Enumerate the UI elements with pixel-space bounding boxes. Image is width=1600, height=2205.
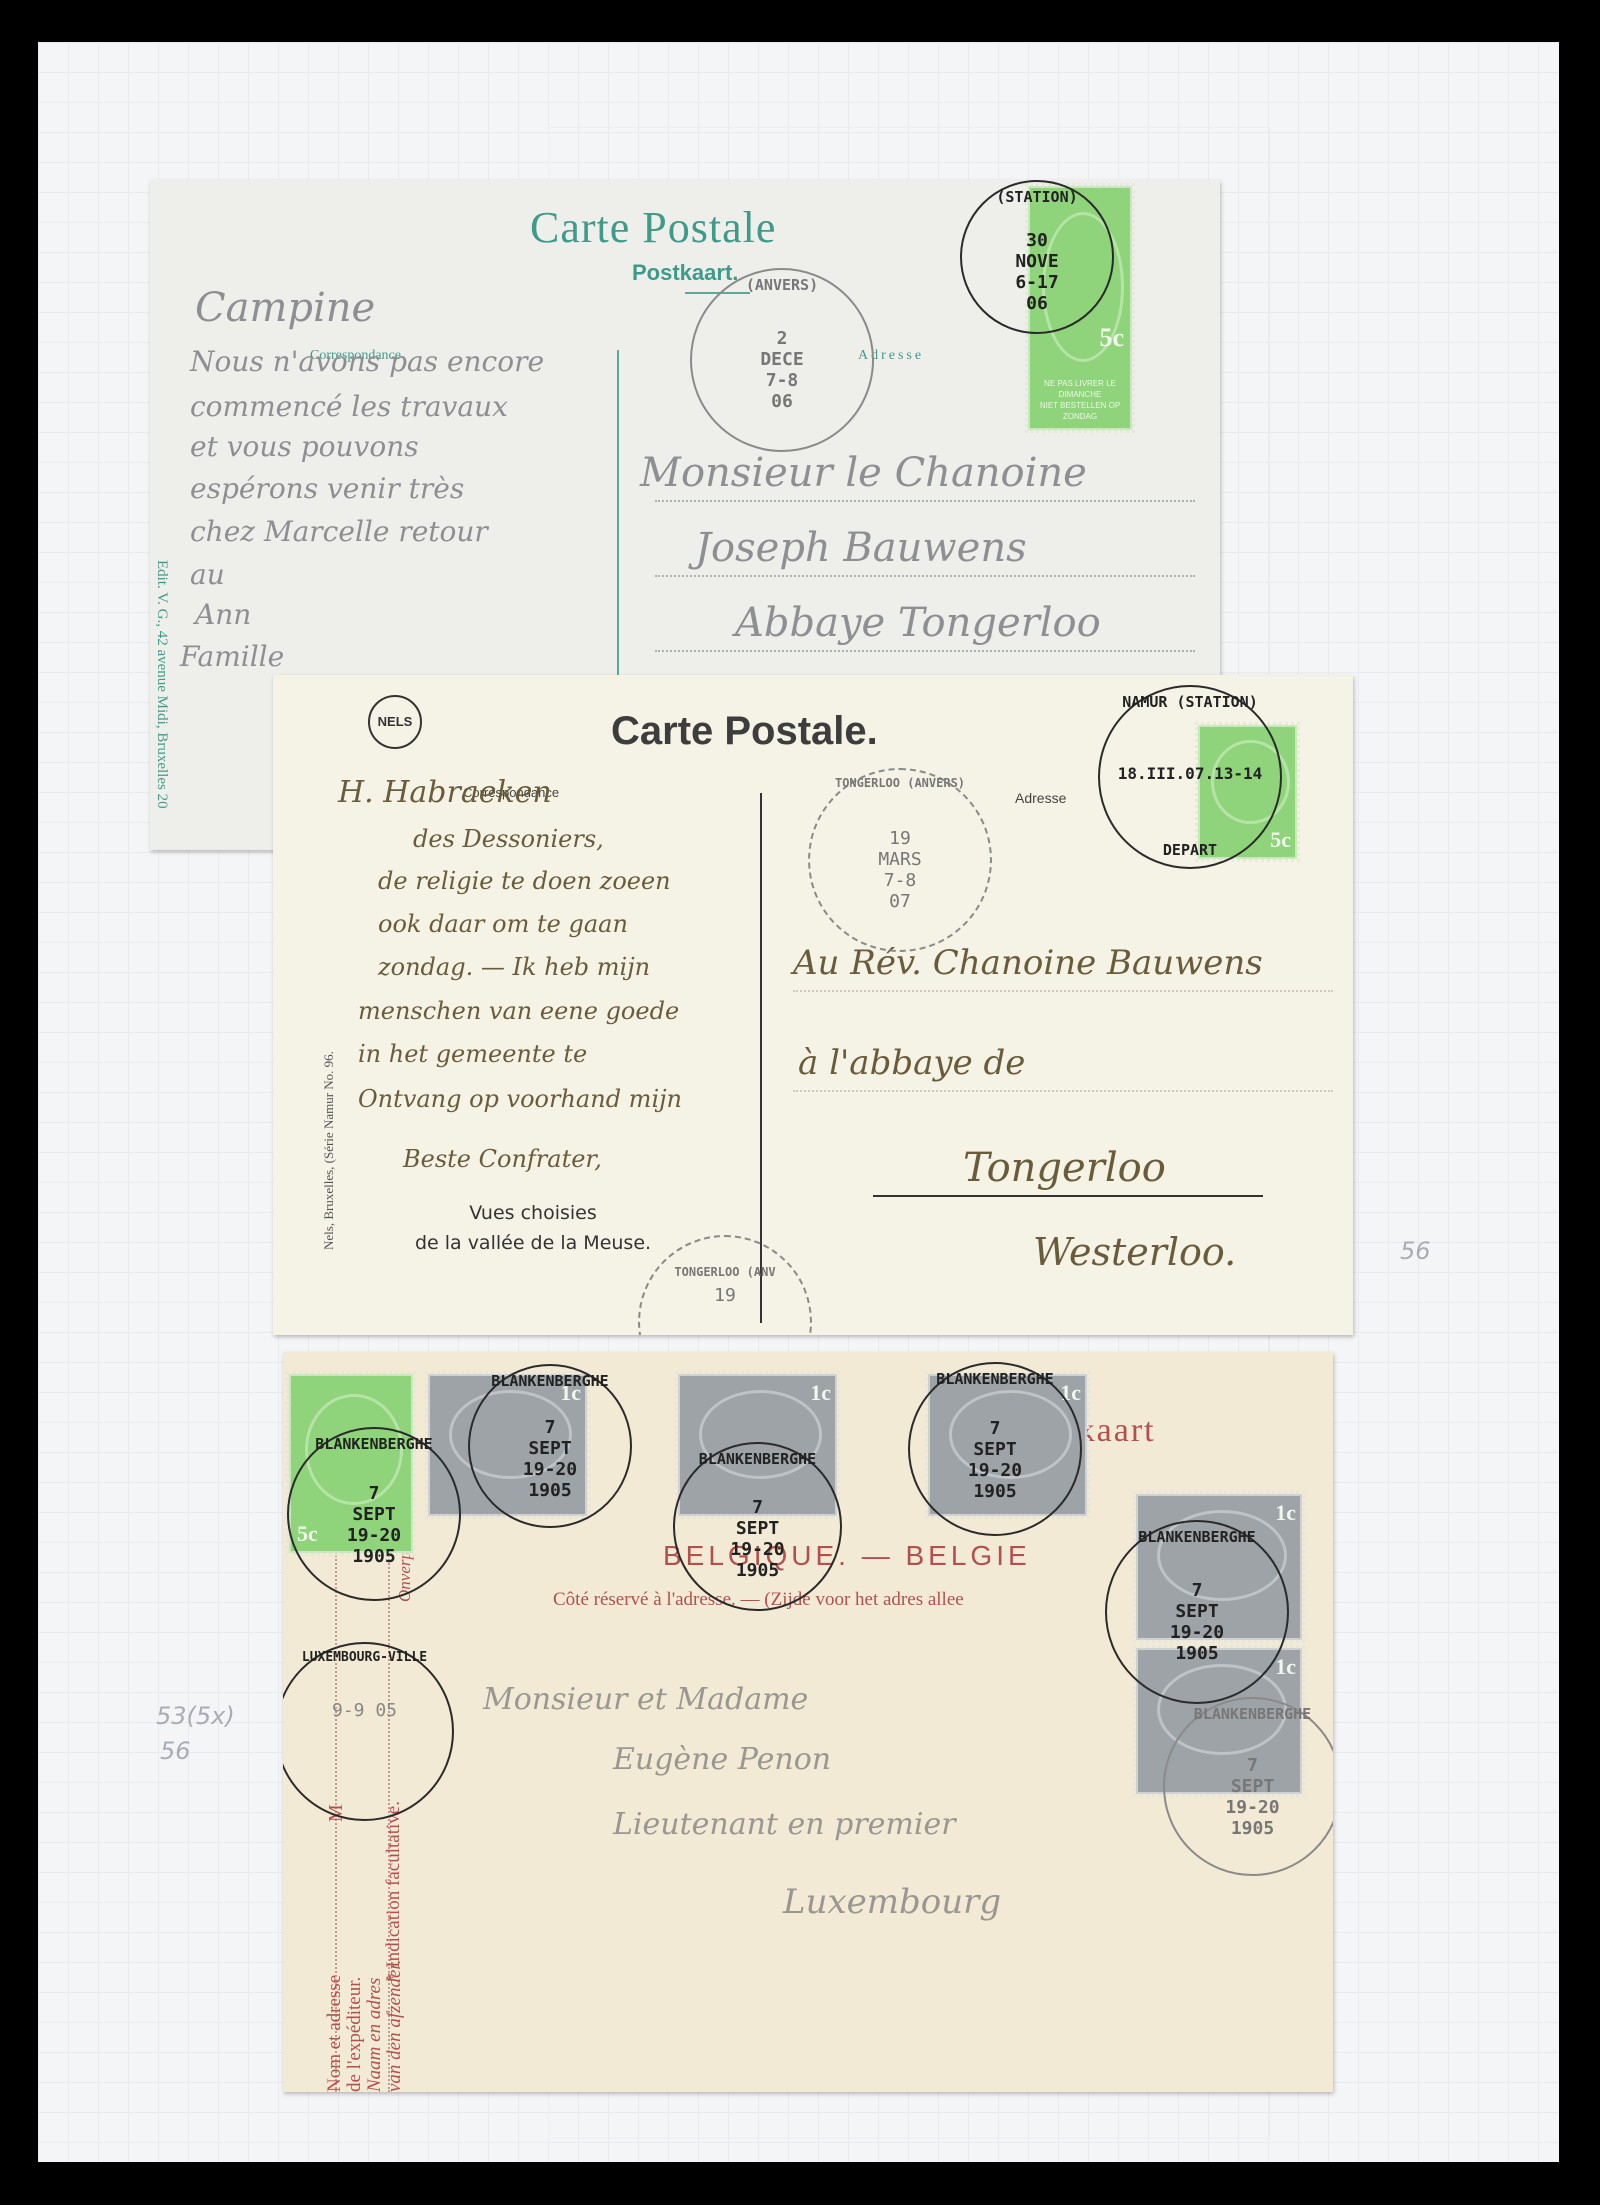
card3-postmark-blankenberghe: BLANKENBERGHE 7SEPT19-201905: [468, 1364, 632, 1528]
card2-address-rule: [793, 1090, 1333, 1092]
card3-postmark-luxembourg: LUXEMBOURG-VILLE 9-9 05: [283, 1642, 454, 1821]
card2-adresse-label: Adresse: [1015, 790, 1066, 806]
card2-postmark-namur: NAMUR (STATION) 18.III.07.13-14 DEPART: [1098, 685, 1282, 869]
card3-postmark-blankenberghe: BLANKENBERGHE 7SEPT19-201905: [673, 1442, 842, 1611]
card2-msg-line: H. Habraeken: [338, 775, 552, 810]
card1-address-rule: [655, 500, 1195, 502]
card2-msg-line: in het gemeente te: [358, 1040, 587, 1068]
card2-msg-line: menschen van eene goede: [358, 997, 679, 1025]
postcard-3: stkaart BELGIQUE. — BELGIE Côté réservé …: [283, 1352, 1333, 2092]
card3-postmark-blankenberghe: BLANKENBERGHE 7SEPT19-201905: [1163, 1697, 1333, 1876]
card1-address-line: Monsieur le Chanoine: [640, 450, 1087, 496]
card1-publisher-imprint: Edit. V. G., 42 avenue Midi, Bruxelles 2…: [153, 560, 170, 809]
card3-indication: * Indication facultative.: [383, 1801, 405, 1982]
pencil-note-left-1: 53(5x): [156, 1702, 235, 1730]
card1-address-rule: [655, 575, 1195, 577]
card1-msg-line: et vous pouvons: [190, 430, 419, 463]
card2-address-rule: [793, 990, 1333, 992]
card1-address-line: Abbaye Tongerloo: [735, 600, 1101, 646]
card1-msg-line: chez Marcelle retour: [190, 515, 488, 548]
card2-msg-line: Ontvang op voorhand mijn: [358, 1085, 682, 1113]
card1-postmark-anvers: (ANVERS) 2DECE7-806: [690, 268, 874, 452]
card1-msg-line: au: [190, 558, 225, 591]
card3-address-line: Luxembourg: [783, 1882, 1001, 1922]
card2-msg-line: zondag. — Ik heb mijn: [378, 953, 650, 981]
card1-msg-line: espérons venir très: [190, 472, 464, 505]
card1-msg-line: commencé les travaux: [190, 390, 508, 423]
card3-address-line: Lieutenant en premier: [613, 1807, 956, 1842]
postcard-2: NELS Carte Postale. Correspondance Adres…: [273, 675, 1353, 1335]
card3-address-line: Eugène Penon: [613, 1742, 831, 1777]
card2-msg-line: Beste Confrater,: [403, 1145, 602, 1173]
card2-address-line: Tongerloo: [963, 1145, 1166, 1191]
pencil-note-right: 56: [1400, 1237, 1431, 1265]
card1-msg-line: Nous n'avons pas encore: [190, 345, 544, 378]
card3-postmark-blankenberghe: BLANKENBERGHE 7SEPT19-201905: [287, 1427, 461, 1601]
card2-msg-line: de religie te doen zoeen: [378, 867, 671, 895]
card2-address-line: Westerloo.: [1033, 1230, 1236, 1274]
card1-address-rule: [655, 650, 1195, 652]
card1-msg-line: Ann: [195, 598, 251, 631]
card1-title: Carte Postale: [530, 202, 776, 253]
card1-msg-line: Famille: [180, 640, 284, 673]
card2-msg-line: des Dessoniers,: [413, 825, 604, 853]
card2-address-line: Au Rév. Chanoine Bauwens: [793, 943, 1263, 983]
card2-title: Carte Postale.: [611, 709, 878, 754]
card1-postmark-station: (STATION) 30NOVE6-1706: [960, 180, 1114, 334]
pencil-note-left-2: 56: [160, 1737, 191, 1765]
card1-msg-line: Campine: [195, 285, 375, 331]
card3-postmark-blankenberghe: BLANKENBERGHE 7SEPT19-201905: [1105, 1520, 1289, 1704]
card3-address-line: Monsieur et Madame: [483, 1682, 808, 1717]
card2-postmark-tongerloo: TONGERLOO (ANVERS) 19MARS7-807: [808, 768, 992, 952]
card2-msg-line: ook daar om te gaan: [378, 910, 628, 938]
card1-address-line: Joseph Bauwens: [695, 525, 1027, 571]
card2-address-line: à l'abbaye de: [798, 1043, 1025, 1083]
card3-postmark-blankenberghe: BLANKENBERGHE 7SEPT19-201905: [908, 1362, 1082, 1536]
card2-caption-1: Vues choisies: [273, 1202, 793, 1224]
card2-address-underline: [873, 1195, 1263, 1197]
nels-logo: NELS: [368, 695, 422, 749]
